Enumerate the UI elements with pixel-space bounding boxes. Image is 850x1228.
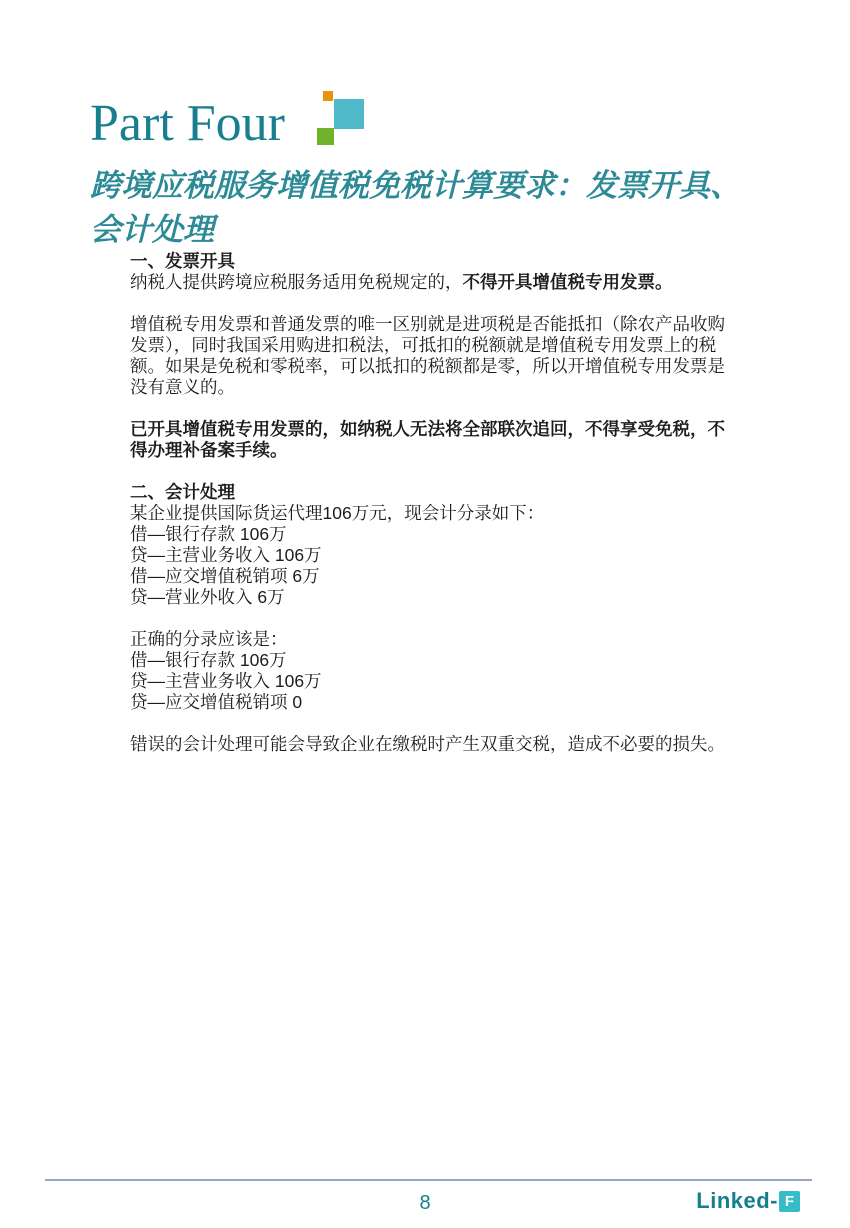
document-page: Part Four 跨境应税服务增值税免税计算要求：发票开具、 会计处理 一、发… <box>0 0 850 1228</box>
green-square-icon <box>317 128 334 145</box>
journal-entry: 借—银行存款 106万 <box>130 650 730 671</box>
journal-entry: 贷—营业外收入 6万 <box>130 587 730 608</box>
section2-intro: 某企业提供国际货运代理106万元，现会计分录如下： <box>130 503 730 524</box>
section1-paragraph2: 增值税专用发票和普通发票的唯一区别就是进项税是否能抵扣（除农产品收购发票），同时… <box>130 314 730 398</box>
warning-note: 错误的会计处理可能会导致企业在缴税时产生双重交税，造成不必要的损失。 <box>130 734 730 755</box>
journal-entry: 贷—应交增值税销项 0 <box>130 692 730 713</box>
section1-line1-bold: 不得开具增值税专用发票。 <box>463 272 673 292</box>
part-title: Part Four <box>90 96 285 152</box>
section1-line1: 纳税人提供跨境应税服务适用免税规定的，不得开具增值税专用发票。 <box>130 272 730 293</box>
page-title: 跨境应税服务增值税免税计算要求：发票开具、 会计处理 <box>90 164 770 252</box>
journal-entry: 借—银行存款 106万 <box>130 524 730 545</box>
three-squares-icon <box>317 91 365 144</box>
journal-entry: 贷—主营业务收入 106万 <box>130 545 730 566</box>
section1-line1-normal: 纳税人提供跨境应税服务适用免税规定的， <box>130 272 463 292</box>
section1-heading: 一、发票开具 <box>130 251 730 272</box>
section1-opening: 一、发票开具 纳税人提供跨境应税服务适用免税规定的，不得开具增值税专用发票。 <box>130 251 730 293</box>
page-title-line1: 跨境应税服务增值税免税计算要求：发票开具、 <box>90 168 741 204</box>
section2-entries-correct: 正确的分录应该是： 借—银行存款 106万 贷—主营业务收入 106万 贷—应交… <box>130 629 730 713</box>
linked-f-logo: Linked- F <box>696 1188 800 1214</box>
body-content: 一、发票开具 纳税人提供跨境应税服务适用免税规定的，不得开具增值税专用发票。 增… <box>130 251 730 776</box>
journal-entry: 借—应交增值税销项 6万 <box>130 566 730 587</box>
teal-square-icon <box>334 99 364 129</box>
logo-letter-box: F <box>779 1191 800 1212</box>
footer-divider <box>45 1179 812 1181</box>
orange-square-icon <box>323 91 333 101</box>
section2-heading: 二、会计处理 <box>130 482 730 503</box>
logo-text: Linked- <box>696 1188 778 1214</box>
section2-entries-wrong: 二、会计处理 某企业提供国际货运代理106万元，现会计分录如下： 借—银行存款 … <box>130 482 730 608</box>
section1-paragraph3: 已开具增值税专用发票的，如纳税人无法将全部联次追回，不得享受免税，不得办理补备案… <box>130 419 730 461</box>
correct-entries-label: 正确的分录应该是： <box>130 629 730 650</box>
journal-entry: 贷—主营业务收入 106万 <box>130 671 730 692</box>
page-title-line2: 会计处理 <box>90 212 214 248</box>
